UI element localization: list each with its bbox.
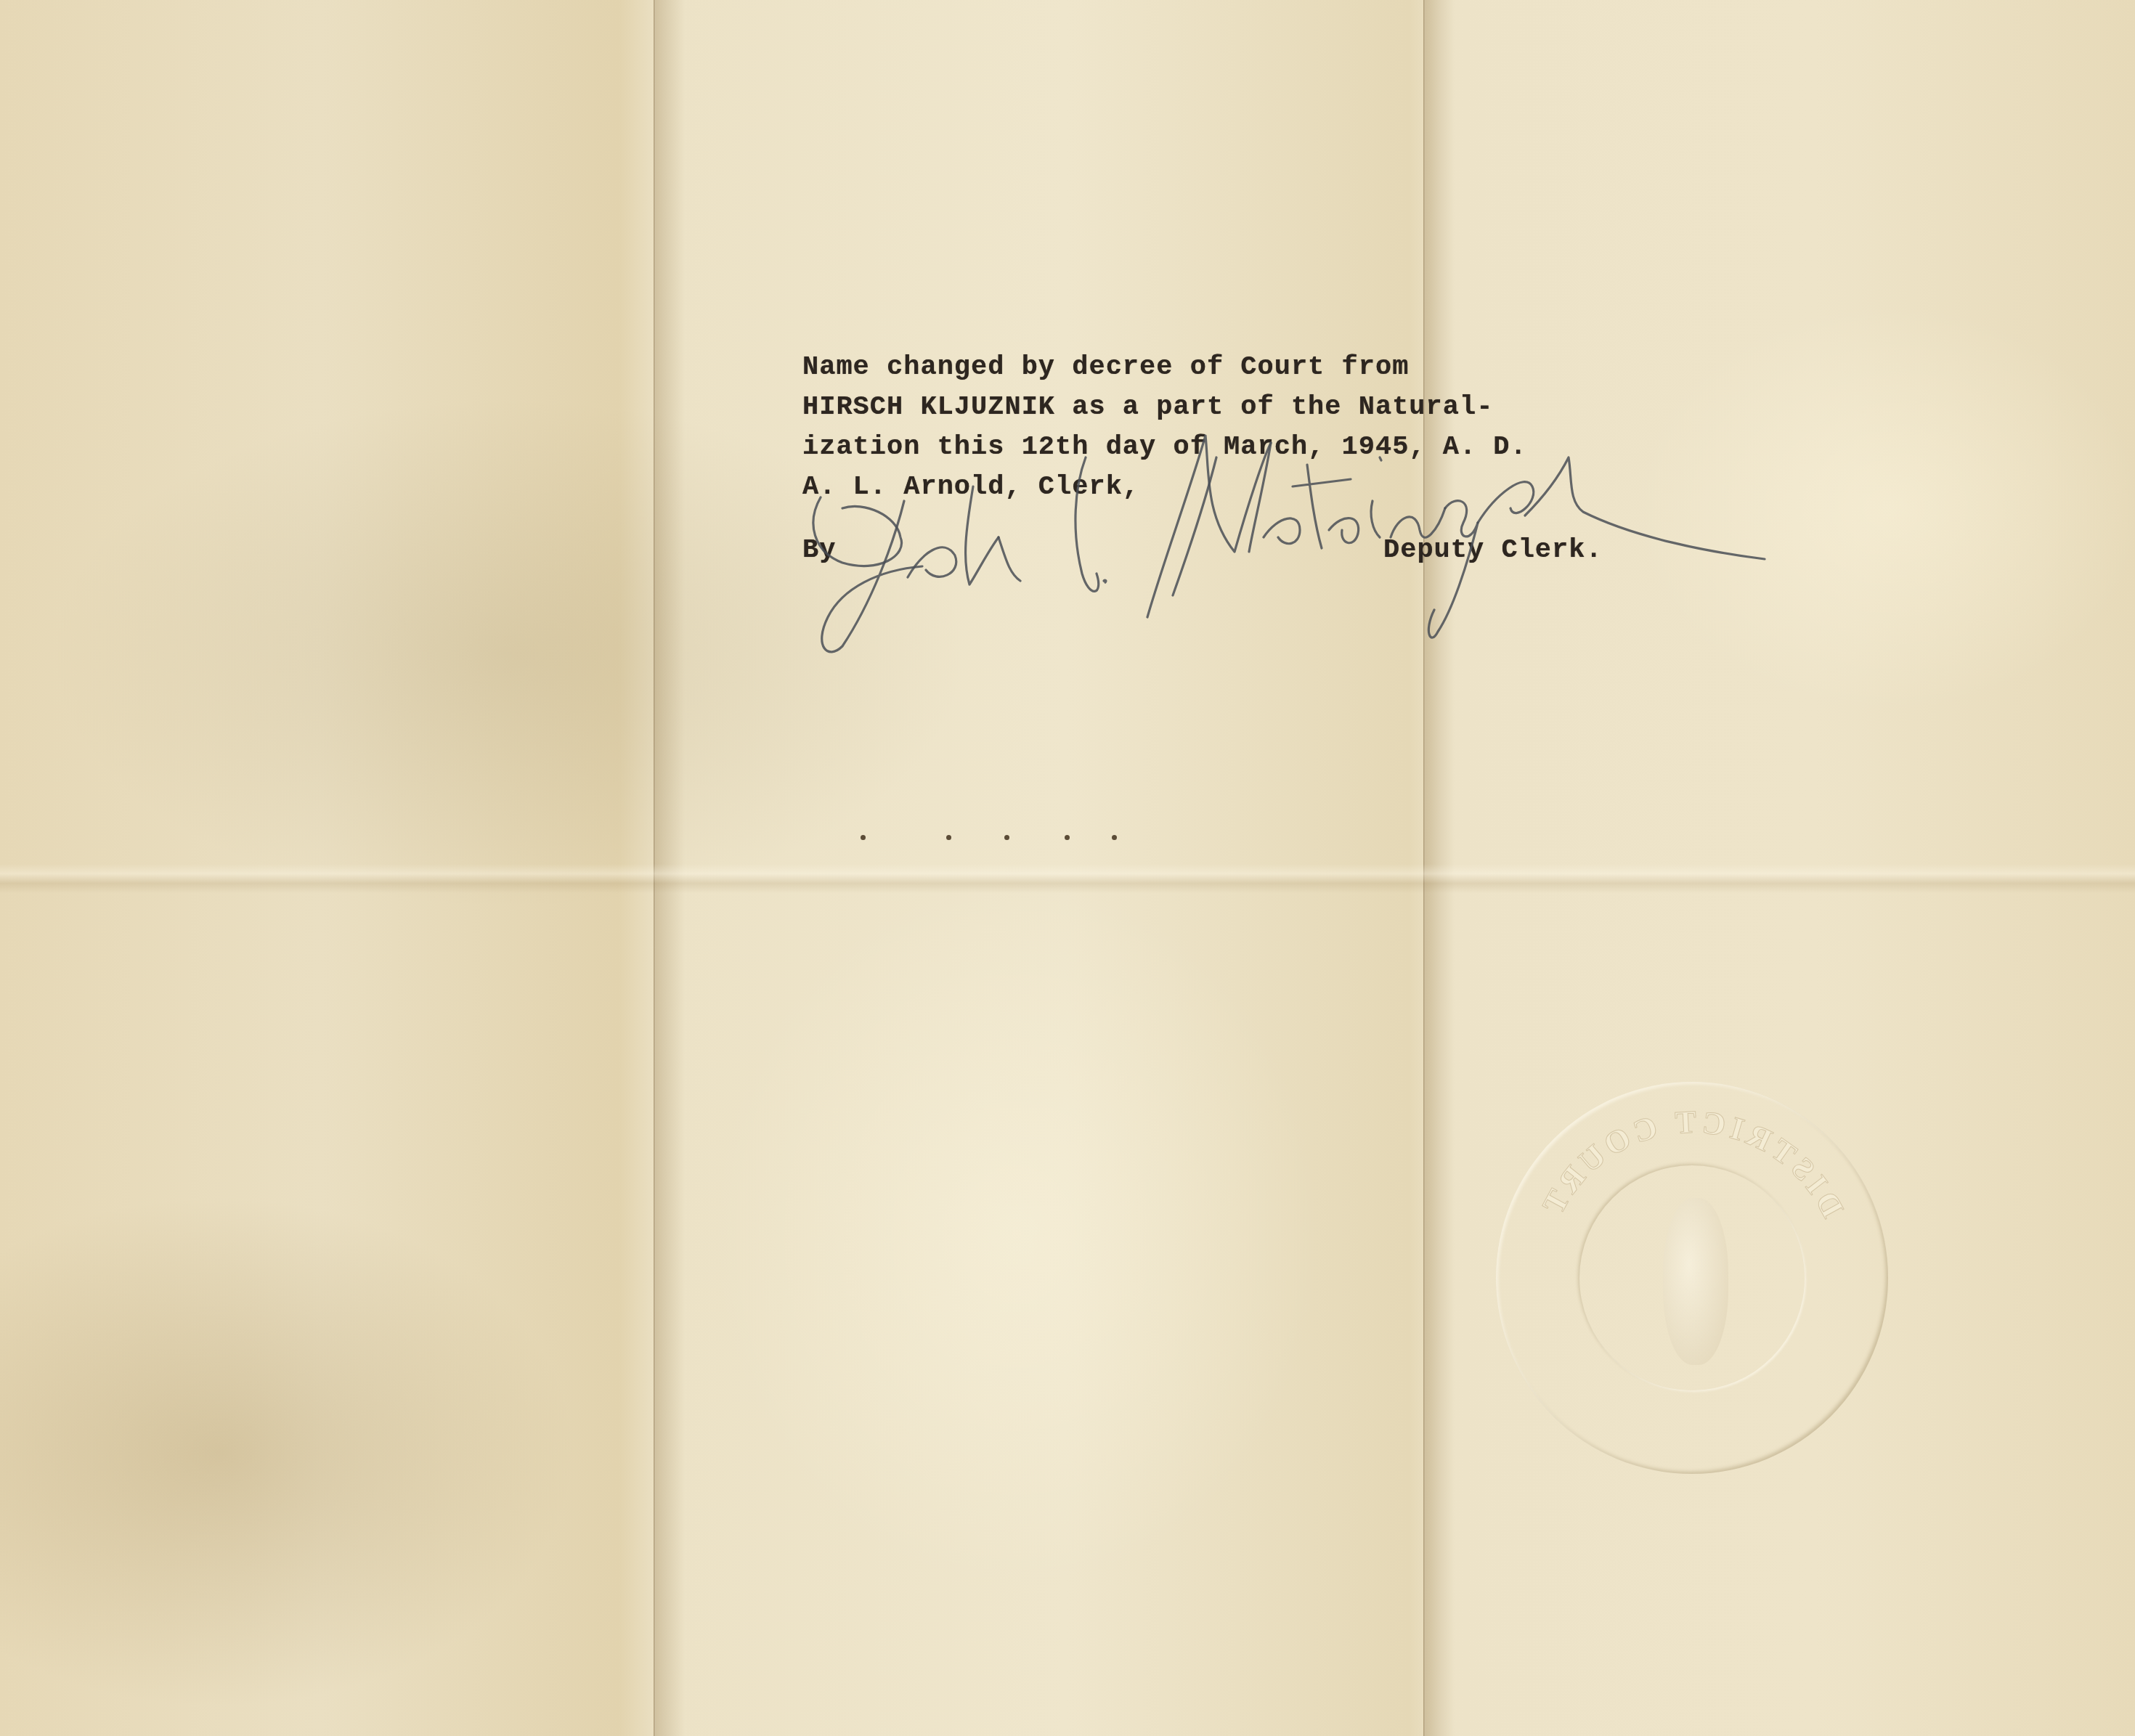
endorsement-line-3: ization this 12th day of March, 1945, A.…: [802, 434, 1527, 461]
svg-text:DISTRICT COURT: DISTRICT COURT: [1534, 1104, 1851, 1223]
endorsement-line-1: Name changed by decree of Court from: [802, 354, 1409, 381]
deputy-clerk-label: Deputy Clerk.: [1383, 537, 1603, 564]
embossed-seal-icon: DISTRICT COURT: [1496, 1082, 1888, 1474]
clerk-name-line: A. L. Arnold, Clerk,: [802, 474, 1139, 501]
dotted-leader: [861, 835, 1122, 844]
endorsement-line-2: HIRSCH KLJUZNIK as a part of the Natural…: [802, 394, 1493, 421]
seal-text: DISTRICT COURT: [1534, 1104, 1851, 1223]
by-label: By: [802, 537, 836, 564]
fold-line-horizontal: [0, 864, 2135, 893]
